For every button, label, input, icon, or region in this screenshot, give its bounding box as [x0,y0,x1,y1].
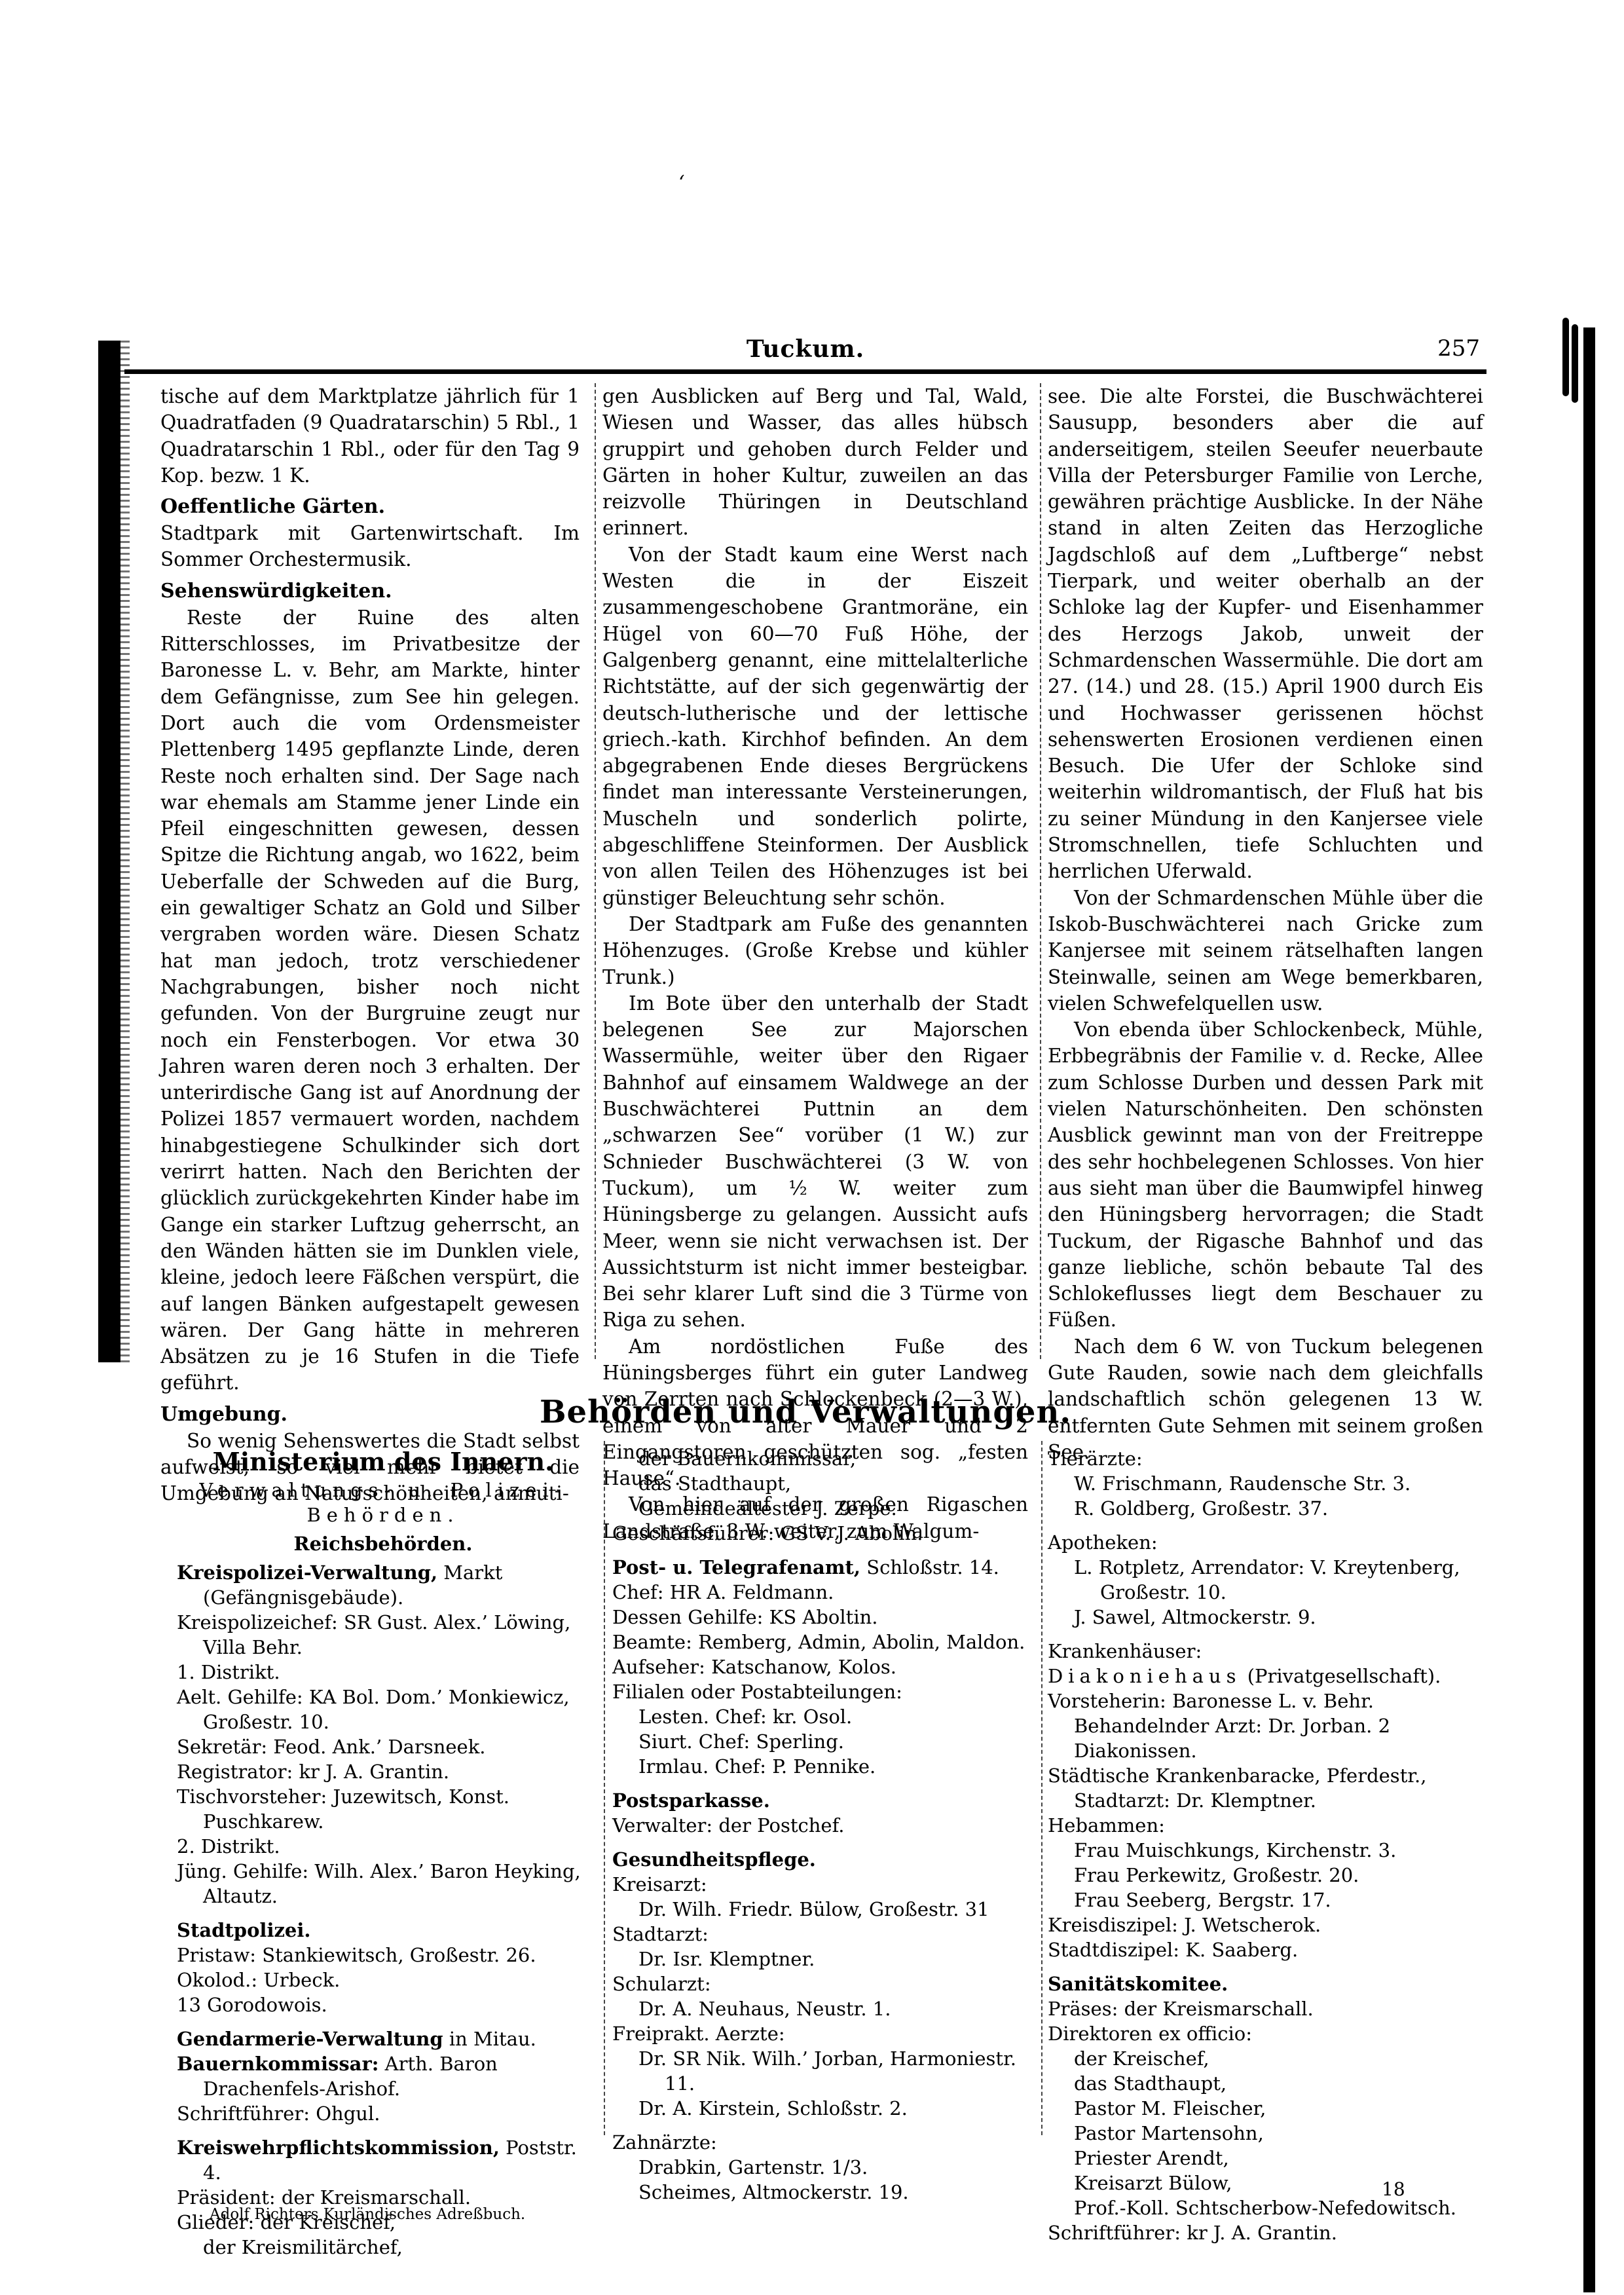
running-title: Tuckum. [124,335,1486,363]
directory-entry: Dr. A. Kirstein, Schloßstr. 2. [612,2096,1038,2121]
directory-entry: Kreisarzt Bülow, [1048,2171,1480,2195]
directory-entry: Präses: der Kreismarschall. [1048,1996,1480,2021]
directory-entry: Frau Seeberg, Bergstr. 17. [1048,1888,1480,1912]
scan-streak [1562,318,1569,396]
directory-entry: R. Goldberg, Großestr. 37. [1048,1496,1480,1521]
section-heading-sights: Sehenswürdigkeiten. [160,578,580,605]
text-column-1: tische auf dem Marktplatze jährlich für … [160,383,580,1507]
directory-entry: Dessen Gehilfe: KS Aboltin. [612,1605,1038,1630]
directory-entry: J. Sawel, Altmockerstr. 9. [1048,1605,1480,1630]
entry-heading: Gendarmerie-Verwaltung [177,2028,443,2050]
signature-mark: 18 [1382,2178,1405,2200]
page-number: 257 [1437,335,1480,362]
subsection-heading: Reichsbehörden. [177,1531,589,1556]
directory-entry: Registrator: kr J. A. Grantin. [177,1759,589,1784]
directory-entry: Prof.-Koll. Schtscherbow-Nefedowitsch. [1048,2195,1480,2220]
entry-heading: Postsparkasse. [612,1788,1038,1813]
directory-entry: Siurt. Chef: Sperling. [612,1729,1038,1754]
directory-entry: Aelt. Gehilfe: KA Bol. Dom.’ Monkiewicz,… [177,1685,589,1734]
directory-entry: Hebammen: [1048,1813,1480,1838]
directory-entry: Okolod.: Urbeck. [177,1968,589,1992]
directory-entry: Zahnärzte: [612,2130,1038,2155]
directory-entry: Verwalter: der Postchef. [612,1813,1038,1838]
running-head: Tuckum. 257 [124,335,1486,368]
directory-entry: Apotheken: [1048,1530,1480,1555]
column-divider [604,1441,605,2135]
directory-entry: Frau Muischkungs, Kirchenstr. 3. [1048,1838,1480,1863]
directory-entry: Dr. Isr. Klemptner. [612,1947,1038,1971]
directory-entry: Gendarmerie-Verwaltung in Mitau. [177,2026,589,2051]
directory-entry: L. Rotpletz, Arrendator: V. Kreytenberg,… [1048,1555,1480,1605]
directory-entry: der Kreismilitärchef, [177,2235,589,2260]
subtitle: Verwaltungs- u. Polizei- [177,1478,589,1502]
directory-entry: Scheimes, Altmockerstr. 19. [612,2180,1038,2205]
directory-entry: Freiprakt. Aerzte: [612,2021,1038,2046]
directory-entry: Geschäftsführer: GS V. J. Abolin. [612,1521,1038,1546]
scan-edge-right [1583,327,1595,2292]
directory-entry: Post- u. Telegrafenamt, Schloßstr. 14. [612,1555,1038,1580]
directory-entry: Diakoniehaus (Privatgesellschaft). [1048,1664,1480,1689]
directory-entry: Filialen oder Postabteilungen: [612,1679,1038,1704]
directory-entry: Stadtdiszipel: K. Saaberg. [1048,1937,1480,1962]
paragraph: see. Die alte Forstei, die Buschwächtere… [1048,383,1483,885]
scan-edge-left [98,341,120,1362]
entry-text: Schloßstr. 14. [860,1556,999,1578]
paragraph: Der Stadtpark am Fuße des genannten Höhe… [602,911,1028,990]
entry-heading: Gesundheitspflege. [612,1847,1038,1872]
ministry-heading: Ministerium des Innern. [177,1446,589,1478]
directory-entry: Priester Arendt, [1048,2146,1480,2171]
directory-entry: Dr. A. Neuhaus, Neustr. 1. [612,1996,1038,2021]
directory-entry: Kreispolizeichef: SR Gust. Alex.’ Löwing… [177,1610,589,1660]
entry-heading: Post- u. Telegrafenamt, [612,1556,860,1578]
directory-entry: Lesten. Chef: kr. Osol. [612,1704,1038,1729]
column-divider [595,383,596,1359]
directory-entry: Beamte: Remberg, Admin, Abolin, Maldon. [612,1630,1038,1654]
subtitle: Behörden. [177,1502,589,1527]
directory-entry: Frau Perkewitz, Großestr. 20. [1048,1863,1480,1888]
district-heading: 2. Distrikt. [177,1834,589,1859]
directory-entry: der Kreischef, [1048,2046,1480,2071]
header-rule [124,369,1486,374]
directory-entry: Stadtarzt: Dr. Klemptner. [1048,1788,1480,1813]
directory-entry: Bauernkommissar: Arth. Baron Drachenfels… [177,2051,589,2101]
directory-entry: Schriftführer: kr J. A. Grantin. [1048,2220,1480,2245]
directory-entry: Pastor M. Fleischer, [1048,2096,1480,2121]
stray-mark: ‘ [678,172,685,195]
authorities-column-1: Ministerium des Innern. Verwaltungs- u. … [177,1446,589,2260]
text-column-2: gen Ausblicken auf Berg und Tal, Wald, W… [602,383,1028,1544]
entry-heading: Diakoniehaus [1048,1665,1242,1687]
entry-text: in Mitau. [443,2028,536,2050]
directory-entry: das Stadthaupt, [612,1471,1038,1496]
district-heading: 1. Distrikt. [177,1660,589,1685]
directory-entry: das Stadthaupt, [1048,2071,1480,2096]
directory-entry: W. Frischmann, Raudensche Str. 3. [1048,1471,1480,1496]
scan-streak [1572,324,1578,403]
directory-entry: Jüng. Gehilfe: Wilh. Alex.’ Baron Heykin… [177,1859,589,1909]
entry-heading: Bauernkommissar: [177,2053,378,2075]
entry-text: (Privatgesellschaft). [1242,1665,1441,1687]
column-divider [1041,1441,1043,2135]
text-column-3: see. Die alte Forstei, die Buschwächtere… [1048,383,1483,1465]
paragraph: Stadtpark mit Gartenwirtschaft. Im Somme… [160,520,580,573]
paragraph: Von der Stadt kaum eine Werst nach Weste… [602,542,1028,911]
directory-entry: Stadtarzt: [612,1922,1038,1947]
directory-entry: Dr. Wilh. Friedr. Bülow, Großestr. 31 [612,1897,1038,1922]
entry-heading: Kreiswehrpflichtskommission, [177,2136,500,2159]
paragraph: tische auf dem Marktplatze jährlich für … [160,383,580,489]
directory-entry: Dr. SR Nik. Wilh.’ Jorban, Harmoniestr. … [612,2046,1038,2096]
section-heading-gardens: Oeffentliche Gärten. [160,494,580,520]
directory-entry: Kreisarzt: [612,1872,1038,1897]
directory-entry: Städtische Krankenbaracke, Pferdestr., [1048,1763,1480,1788]
paragraph: Reste der Ruine des alten Ritterschlosse… [160,605,580,1396]
directory-entry: Chef: HR A. Feldmann. [612,1580,1038,1605]
entry-heading: Stadtpolizei. [177,1918,589,1943]
directory-entry: der Bauernkommissar, [612,1446,1038,1471]
section-title-authorities: Behörden und Verwaltungen. [124,1394,1486,1430]
entry-heading: Sanitätskomitee. [1048,1971,1480,1996]
directory-entry: Pristaw: Stankiewitsch, Großestr. 26. [177,1943,589,1968]
directory-entry: Gemeindeältester J. Zerpe. [612,1496,1038,1521]
directory-entry: Tischvorsteher: Juzewitsch, Konst. Pusch… [177,1784,589,1834]
directory-entry: Pastor Martensohn, [1048,2121,1480,2146]
paragraph: Im Bote über den unterhalb der Stadt bel… [602,990,1028,1334]
directory-entry: Schularzt: [612,1971,1038,1996]
directory-entry: Direktoren ex officio: [1048,2021,1480,2046]
paragraph: gen Ausblicken auf Berg und Tal, Wald, W… [602,383,1028,542]
directory-entry: Kreisdiszipel: J. Wetscherok. [1048,1912,1480,1937]
authorities-column-3: Tierärzte: W. Frischmann, Raudensche Str… [1048,1446,1480,2245]
page-footer: Adolf Richters Kurländisches Adreßbuch. [210,2206,525,2223]
paragraph: Von der Schmardenschen Mühle über die Is… [1048,885,1483,1017]
directory-entry: Vorsteherin: Baronesse L. v. Behr. Behan… [1048,1689,1480,1763]
directory-entry: Irmlau. Chef: P. Pennike. [612,1754,1038,1779]
directory-entry: Aufseher: Katschanow, Kolos. [612,1654,1038,1679]
directory-entry: Kreiswehrpflichtskommission, Poststr. 4. [177,2135,589,2185]
directory-entry: Sekretär: Feod. Ank.’ Darsneek. [177,1734,589,1759]
directory-entry: Schriftführer: Ohgul. [177,2101,589,2126]
directory-entry: Tierärzte: [1048,1446,1480,1471]
directory-entry: Drabkin, Gartenstr. 1/3. [612,2155,1038,2180]
paragraph: Von ebenda über Schlockenbeck, Mühle, Er… [1048,1017,1483,1334]
column-divider [1040,383,1041,1359]
entry-heading: Kreispolizei-Verwaltung, [177,1561,437,1584]
authorities-column-2: der Bauernkommissar, das Stadthaupt, Gem… [612,1446,1038,2205]
directory-entry: Kreispolizei-Verwaltung, Markt (Gefängni… [177,1560,589,1610]
directory-entry: 13 Gorodowois. [177,1992,589,2017]
directory-entry: Krankenhäuser: [1048,1639,1480,1664]
